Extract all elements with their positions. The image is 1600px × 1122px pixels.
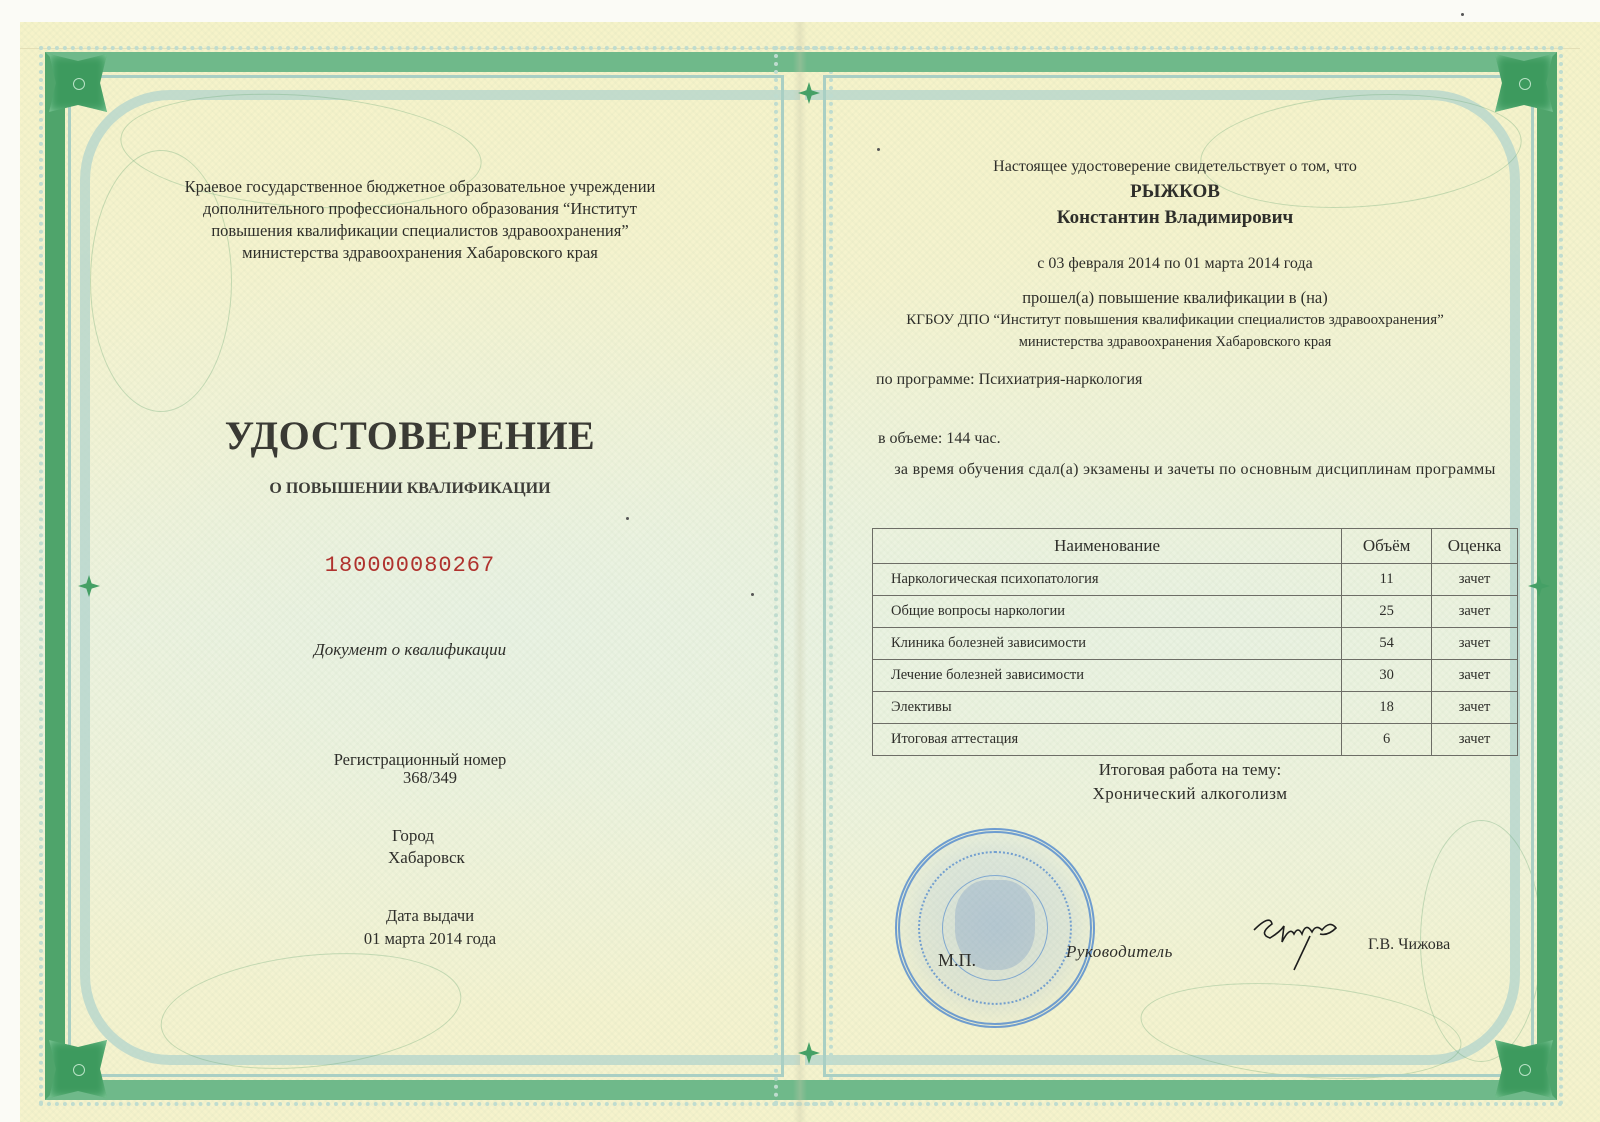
table-row: Лечение болезней зависимости30зачет xyxy=(873,660,1518,692)
subject-grade: зачет xyxy=(1432,660,1518,692)
speck xyxy=(751,593,754,596)
corner-ornament-icon xyxy=(49,1040,107,1098)
subject-name: Элективы xyxy=(873,692,1342,724)
passed-statement: прошел(а) повышение квалификации в (на) xyxy=(850,288,1500,308)
registration-label: Регистрационный номер xyxy=(300,750,540,770)
subject-grade: зачет xyxy=(1432,628,1518,660)
table-row: Общие вопросы наркологии25зачет xyxy=(873,596,1518,628)
center-fold xyxy=(793,22,807,1122)
subject-name: Общие вопросы наркологии xyxy=(873,596,1342,628)
speck xyxy=(877,148,880,151)
document-subtitle: О ПОВЫШЕНИИ КВАЛИФИКАЦИИ xyxy=(200,480,620,498)
corner-ornament-icon xyxy=(1495,54,1553,112)
column-header-grade: Оценка xyxy=(1432,529,1518,564)
column-header-hours: Объём xyxy=(1342,529,1432,564)
document-type: Документ о квалификации xyxy=(200,640,620,660)
corner-ornament-icon xyxy=(49,54,107,112)
subject-name: Лечение болезней зависимости xyxy=(873,660,1342,692)
corner-ornament-icon xyxy=(1495,1040,1553,1098)
speck xyxy=(626,517,629,520)
signature-icon xyxy=(1250,912,1345,972)
program-volume: в объеме: 144 час. xyxy=(878,430,1001,448)
holder-surname: РЫЖКОВ xyxy=(850,181,1500,203)
table-row: Итоговая аттестация6зачет xyxy=(873,724,1518,756)
subject-hours: 54 xyxy=(1342,628,1432,660)
registration-number: 368/349 xyxy=(300,768,560,788)
document-title: УДОСТОВЕРЕНИЕ xyxy=(200,412,620,459)
subject-name: Итоговая аттестация xyxy=(873,724,1342,756)
serial-number: 180000080267 xyxy=(200,553,620,578)
final-work-topic: Хронический алкоголизм xyxy=(1040,784,1340,804)
column-header-name: Наименование xyxy=(873,529,1342,564)
stamp-place-label: М.П. xyxy=(938,950,976,971)
subject-grade: зачет xyxy=(1432,564,1518,596)
program: по программе: Психиатрия-наркология xyxy=(876,371,1142,389)
holder-given-names: Константин Владимирович xyxy=(850,207,1500,229)
training-period: с 03 февраля 2014 по 01 марта 2014 года xyxy=(850,255,1500,273)
subject-name: Клиника болезней зависимости xyxy=(873,628,1342,660)
table-row: Элективы18зачет xyxy=(873,692,1518,724)
subject-grade: зачет xyxy=(1432,724,1518,756)
subject-grade: зачет xyxy=(1432,692,1518,724)
subject-hours: 6 xyxy=(1342,724,1432,756)
table-row: Клиника болезней зависимости54зачет xyxy=(873,628,1518,660)
head-label: Руководитель xyxy=(1066,942,1173,962)
table-header-row: Наименование Объём Оценка xyxy=(873,529,1518,564)
subject-name: Наркологическая психопатология xyxy=(873,564,1342,596)
institution-line-2: министерства здравоохранения Хабаровског… xyxy=(850,334,1500,351)
issue-date-label: Дата выдачи xyxy=(340,906,520,926)
certificate-intro: Настоящее удостоверение свидетельствует … xyxy=(850,158,1500,176)
issue-date: 01 марта 2014 года xyxy=(330,929,530,949)
subject-hours: 30 xyxy=(1342,660,1432,692)
institution-line-1: КГБОУ ДПО “Институт повышения квалификац… xyxy=(850,312,1500,329)
subjects-table: Наименование Объём Оценка Наркологическа… xyxy=(872,528,1518,756)
city-label: Город xyxy=(392,826,434,846)
watermark xyxy=(210,700,660,740)
final-work-label: Итоговая работа на тему: xyxy=(1040,760,1340,780)
signer-name: Г.В. Чижова xyxy=(1368,936,1450,954)
exams-statement: за время обучения сдал(а) экзамены и зач… xyxy=(870,462,1520,478)
speck xyxy=(1461,13,1464,16)
issuing-organization: Краевое государственное бюджетное образо… xyxy=(180,176,660,264)
subject-grade: зачет xyxy=(1432,596,1518,628)
subject-hours: 25 xyxy=(1342,596,1432,628)
subject-hours: 11 xyxy=(1342,564,1432,596)
city-value: Хабаровск xyxy=(388,848,465,868)
table-row: Наркологическая психопатология11зачет xyxy=(873,564,1518,596)
subject-hours: 18 xyxy=(1342,692,1432,724)
